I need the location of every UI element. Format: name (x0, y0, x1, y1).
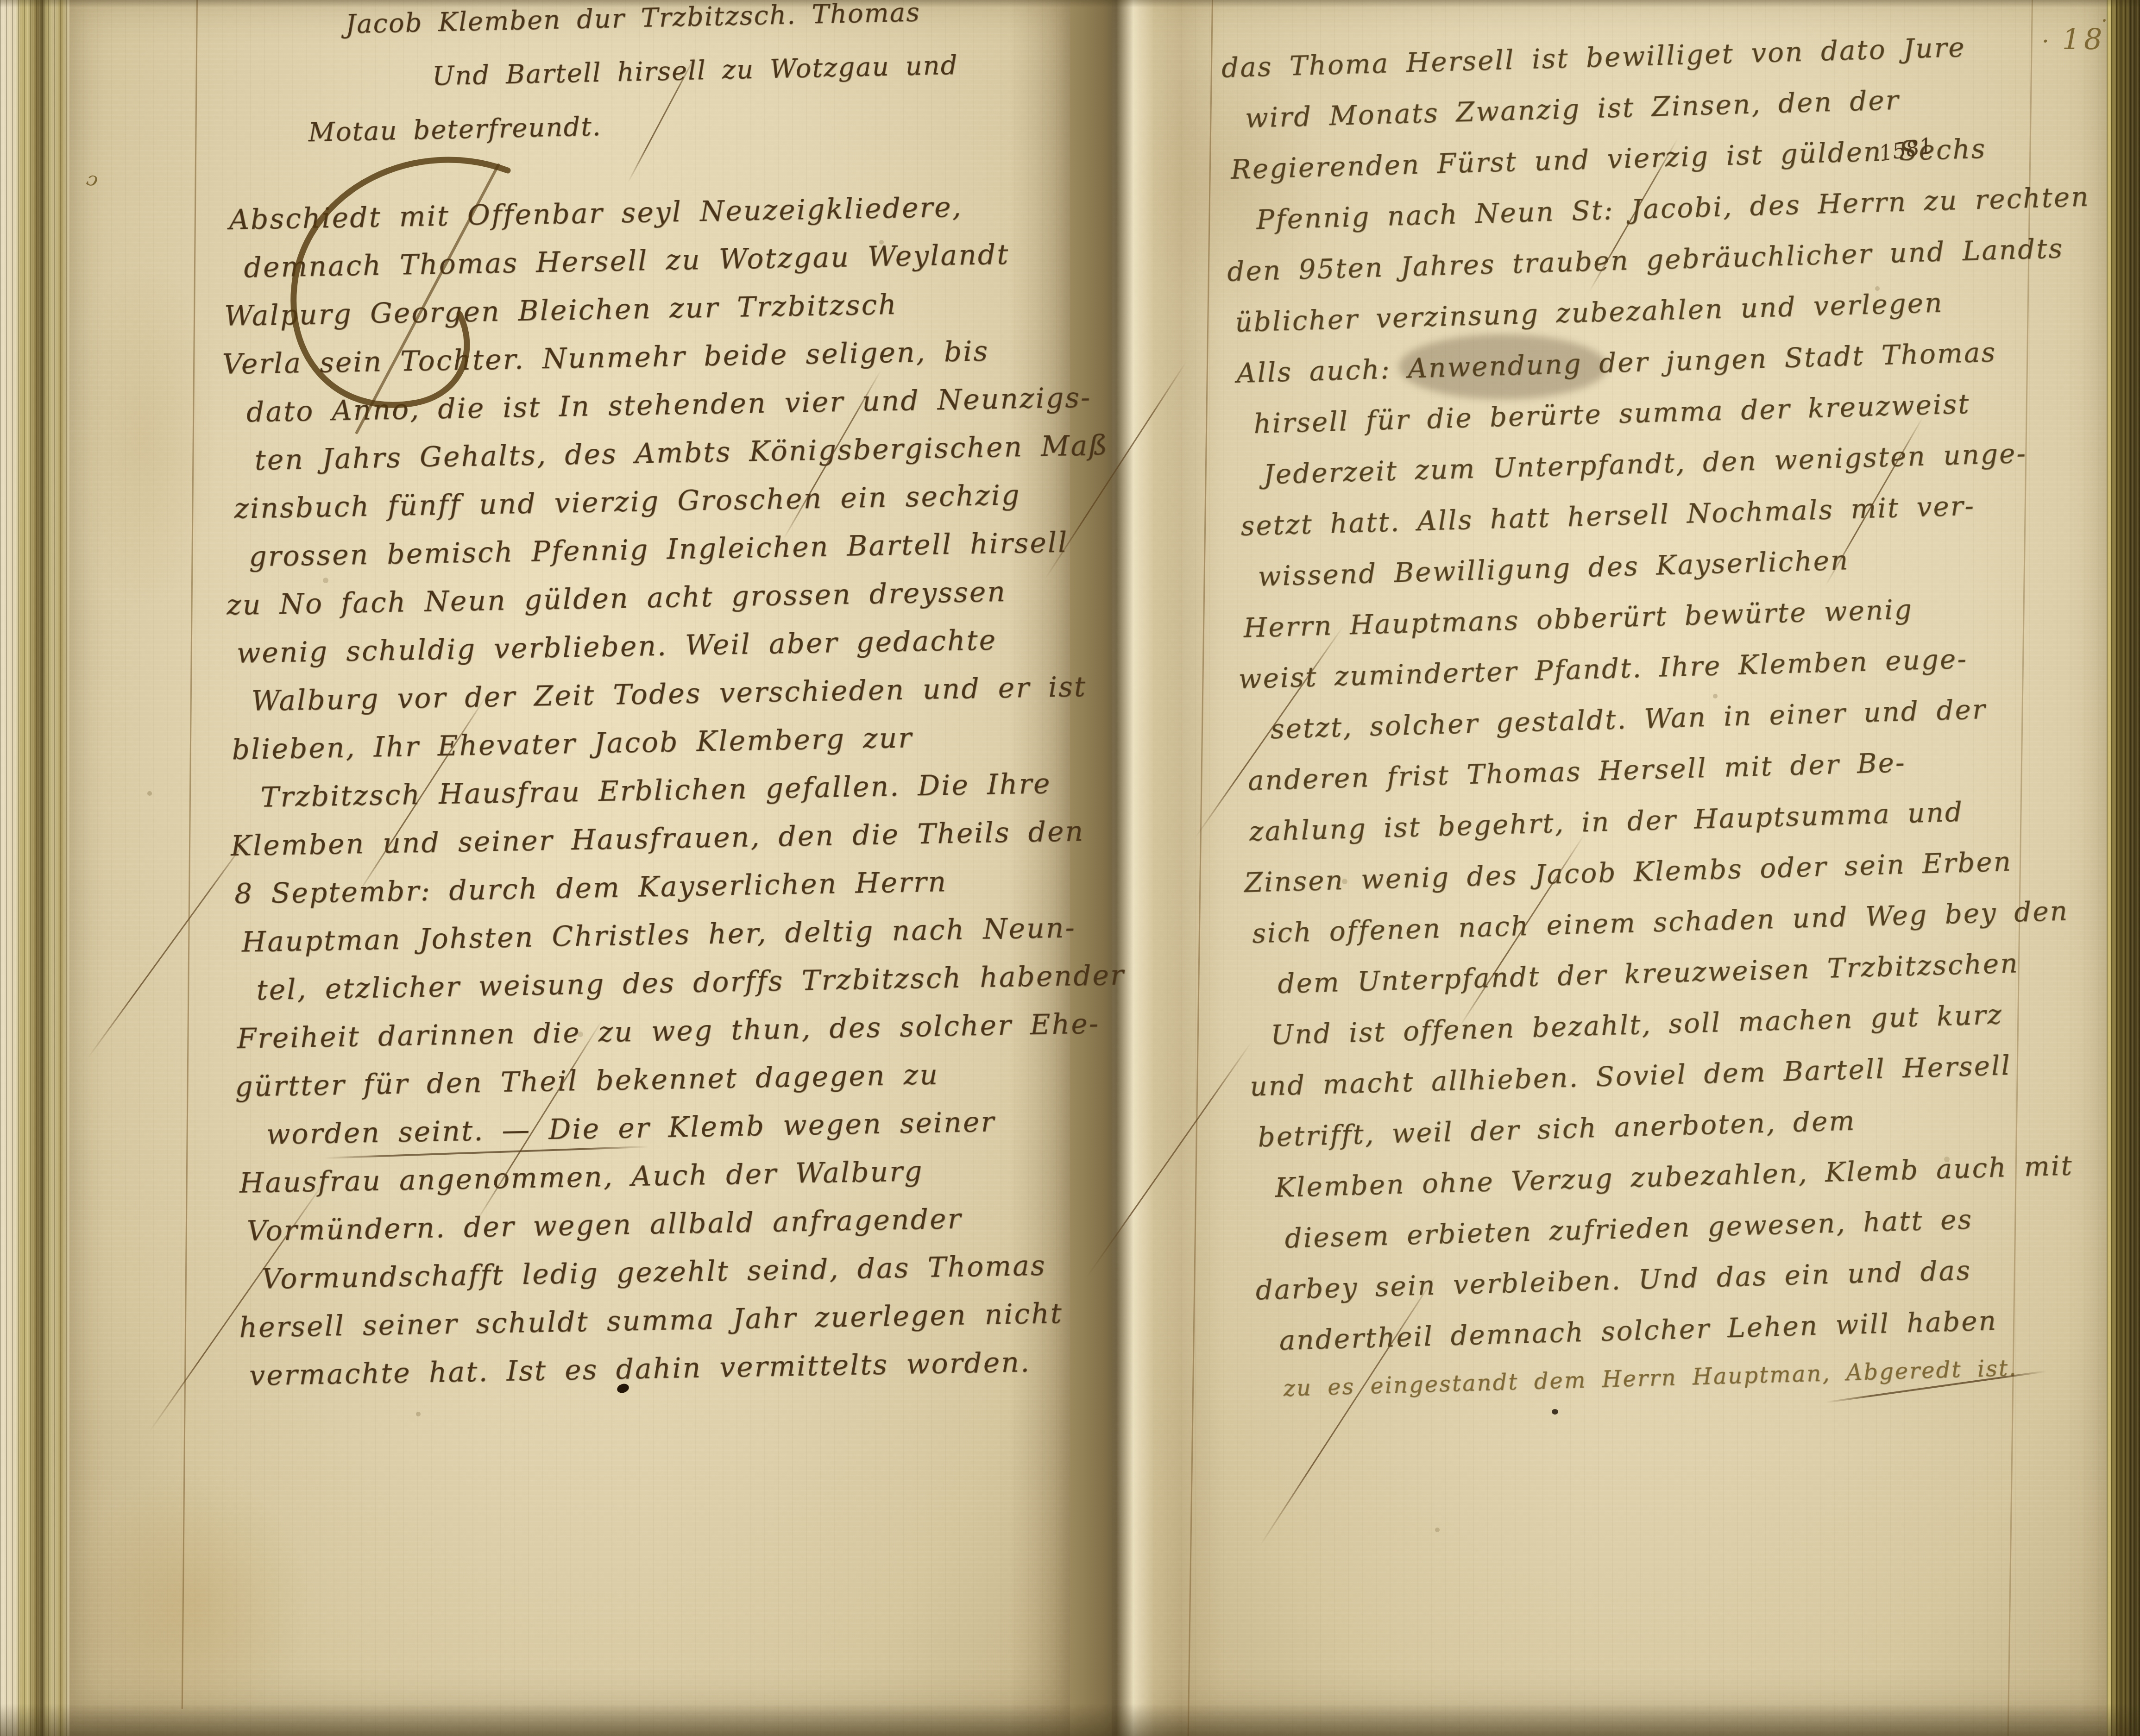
left-page-heading: Jacob Klemben dur Trzbitzsch. ThomasUnd … (306, 0, 960, 171)
bottom-shadow (0, 1704, 2140, 1736)
ink-blot (1552, 1409, 1558, 1415)
manuscript-spread: Jacob Klemben dur Trzbitzsch. ThomasUnd … (0, 0, 2140, 1736)
top-shadow (0, 0, 2140, 7)
initial-flourish (258, 149, 545, 446)
folio-dot-left: · (2042, 28, 2049, 55)
right-page-body: das Thoma Hersell ist bewilliget von dat… (1227, 28, 2123, 1427)
page-edge-left (0, 0, 69, 1736)
folio-number-value: 18 (2062, 22, 2106, 56)
page-edge-right (2107, 0, 2140, 1736)
